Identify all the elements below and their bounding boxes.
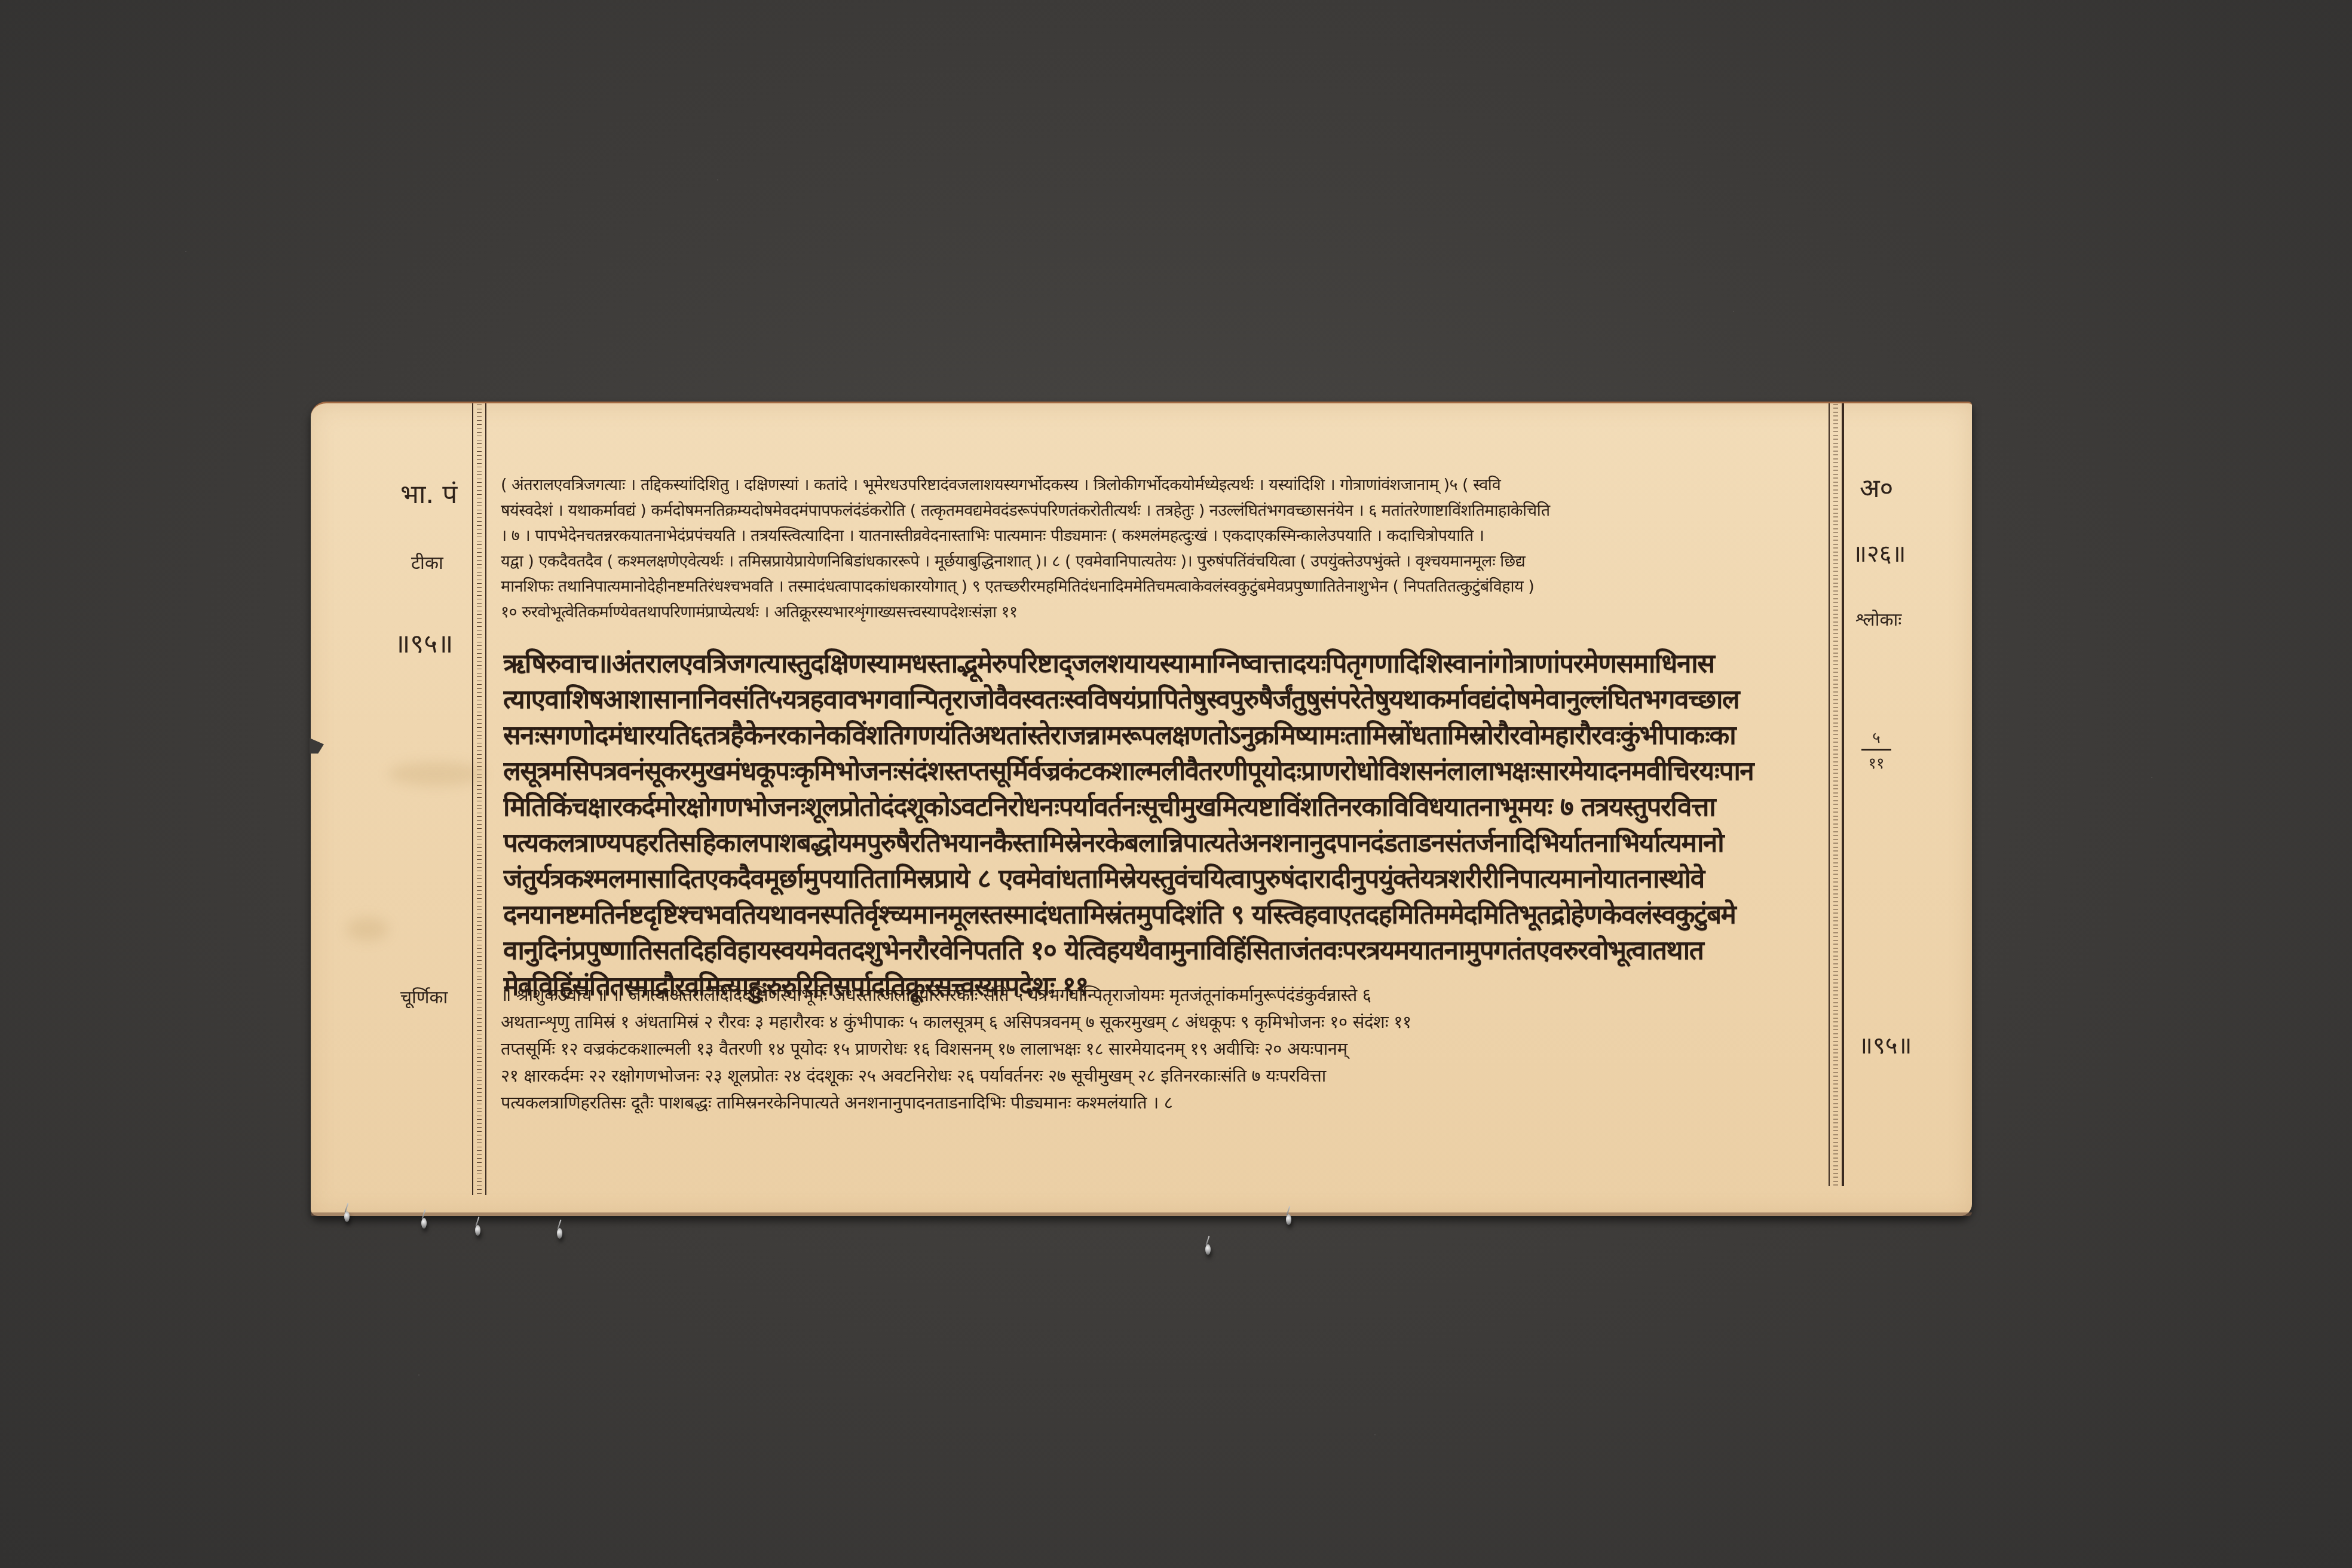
left-ornamental-border bbox=[472, 403, 486, 1195]
title-abbreviation: भा. पं bbox=[400, 475, 457, 511]
shloka-label: श्लोकाः bbox=[1855, 607, 1901, 631]
churnika-line: २१ क्षारकर्दमः २२ रक्षोगणभोजनः २३ शूलप्र… bbox=[501, 1062, 1821, 1089]
commentary-line: । ७ । पापभेदेनचतन्नरकयातनाभेदंप्रपंचयति … bbox=[501, 523, 1821, 549]
left-folio-number: ॥९५॥ bbox=[394, 624, 453, 660]
verse-line: दनयानष्टमतिर्नष्टदृष्टिश्चभवतियथावनस्पति… bbox=[503, 897, 1824, 933]
shloka-range-end: ११ bbox=[1858, 752, 1894, 773]
commentary-line: १० रुरवोभूत्वेतिकर्माण्येवतथापरिणामंप्रा… bbox=[501, 600, 1821, 626]
commentary-line: षयंस्वदेशं । यथाकर्मावद्यं ) कर्मदोषमनति… bbox=[501, 498, 1821, 524]
verse-line: मितिकिंचक्षारकर्दमोरक्षोगणभोजनःशूलप्रोतो… bbox=[503, 789, 1824, 825]
fraction-bar bbox=[1861, 749, 1891, 751]
commentary-line: यद्वा ) एकदैवतदैव ( कश्मलक्षणेएवेत्यर्थः… bbox=[501, 549, 1821, 575]
shloka-range-start: ५ bbox=[1858, 726, 1894, 748]
mounting-pin bbox=[557, 1228, 562, 1239]
tika-label: टीका bbox=[411, 550, 443, 574]
churnika-block: ॥ श्रीशुकउवाच ॥ ॥ जगत्याअंतरालेदिदिदक्षि… bbox=[501, 982, 1821, 1116]
verse-line: वानुदिनंप्रपुष्णातिसतदिहविहायस्वयमेवतदशु… bbox=[503, 933, 1824, 969]
verse-line: पत्यकलत्राण्यपहरतिसहिकालपाशबद्धोयमपुरुषै… bbox=[503, 825, 1824, 861]
right-folio-number: ॥९५॥ bbox=[1858, 1028, 1912, 1061]
mounting-pin bbox=[421, 1218, 427, 1229]
churnika-line: तप्तसूर्मिः १२ वज्रकंटकशाल्मली १३ वैतरणी… bbox=[501, 1036, 1821, 1062]
commentary-line: ( अंतरालएवत्रिजगत्याः । तद्दिकस्यांदिशित… bbox=[501, 473, 1821, 498]
manuscript-leaf: भा. पं टीका ॥९५॥ चूर्णिका अ० ॥२६॥ श्लोका… bbox=[311, 402, 1972, 1216]
mounting-pin bbox=[475, 1225, 480, 1236]
main-verse-block: ऋषिरुवाच॥अंतरालएवत्रिजगत्यास्तुदक्षिणस्य… bbox=[503, 646, 1824, 1004]
leaf-edge-tear bbox=[310, 738, 324, 754]
paper-stain bbox=[347, 917, 388, 941]
right-ornamental-border bbox=[1829, 403, 1844, 1186]
verse-line: ऋषिरुवाच॥अंतरालएवत्रिजगत्यास्तुदक्षिणस्य… bbox=[503, 646, 1824, 682]
commentary-line: मानशिफः तथानिपात्यमानोदेहीनष्टमतिरंधश्चभ… bbox=[501, 574, 1821, 600]
verse-line: जंतुर्यत्रकश्मलमासादितएकदैवमूर्छामुपयाति… bbox=[503, 861, 1824, 897]
commentary-block: ( अंतरालएवत्रिजगत्याः । तद्दिकस्यांदिशित… bbox=[501, 473, 1821, 625]
adhyaya-number: ॥२६॥ bbox=[1852, 536, 1906, 569]
verse-line: सनःसगणोदमंधारयति६तत्रहैकेनरकानेकविंशतिगण… bbox=[503, 718, 1824, 754]
verse-line: त्याएवाशिषआशासानानिवसंति५यत्रहवावभगवान्प… bbox=[503, 682, 1824, 718]
churnika-line: ॥ श्रीशुकउवाच ॥ ॥ जगत्याअंतरालेदिदिदक्षि… bbox=[501, 982, 1821, 1009]
verse-line: लसूत्रमसिपत्रवनंसूकरमुखमंधकूपःकृमिभोजनःस… bbox=[503, 754, 1824, 789]
mounting-pin bbox=[344, 1211, 350, 1222]
shloka-range: ५ ११ bbox=[1858, 726, 1894, 773]
churnika-line: अथतान्शृणु तामिस्रं १ अंधतामिस्रं २ रौरव… bbox=[501, 1009, 1821, 1036]
mounting-pin bbox=[1205, 1244, 1211, 1255]
churnika-label: चूर्णिका bbox=[400, 984, 448, 1009]
churnika-line: पत्यकलत्राणिहरतिसः दूतैः पाशबद्धः तामिस्… bbox=[501, 1089, 1821, 1116]
mounting-pin bbox=[1286, 1214, 1291, 1225]
paper-stain bbox=[388, 762, 484, 786]
adhyaya-label: अ० bbox=[1860, 469, 1894, 505]
